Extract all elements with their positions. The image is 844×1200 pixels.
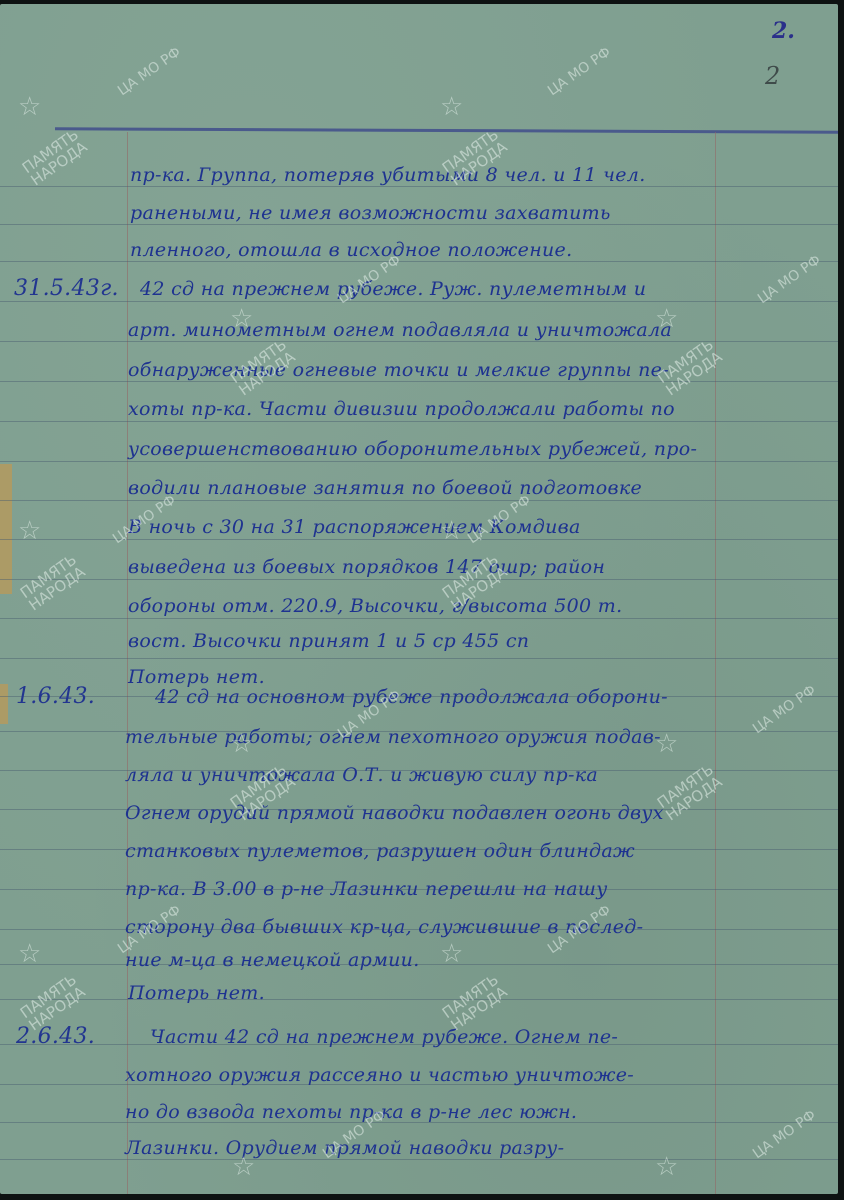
star-icon: ☆ bbox=[18, 516, 41, 546]
text-line: пр-ка. Группа, потеряв убитыми 8 чел. и … bbox=[130, 164, 646, 186]
ruled-line bbox=[0, 186, 838, 187]
ruled-line bbox=[0, 1159, 838, 1160]
star-icon: ☆ bbox=[440, 92, 463, 122]
archive-watermark: ЦА МО РФ bbox=[545, 44, 614, 99]
text-line: В ночь с 30 на 31 распоряжением Комдива bbox=[128, 516, 581, 538]
text-line: Лазинки. Орудием прямой наводки разру- bbox=[125, 1137, 564, 1159]
ruled-line bbox=[0, 579, 838, 580]
text-line: ранеными, не имея возможности захватить bbox=[130, 202, 611, 224]
text-line: 42 сд на прежнем рубеже. Руж. пулеметным… bbox=[140, 278, 646, 300]
header-rule bbox=[55, 127, 838, 133]
ruled-line bbox=[0, 618, 838, 619]
text-line: пленного, отошла в исходное положение. bbox=[130, 239, 572, 261]
memory-watermark: ПАМЯТЬНАРОДА bbox=[440, 972, 510, 1033]
left-margin-line bbox=[127, 132, 128, 1194]
text-line: ние м-ца в немецкой армии. bbox=[125, 949, 420, 971]
text-line: Части 42 сд на прежнем рубеже. Огнем пе- bbox=[150, 1026, 618, 1048]
text-line: но до взвода пехоты пр-ка в р-не лес южн… bbox=[125, 1101, 577, 1123]
archive-watermark: ЦА МО РФ bbox=[115, 44, 184, 99]
right-margin-line bbox=[715, 132, 716, 1194]
ruled-line bbox=[0, 421, 838, 422]
text-line: Потерь нет. bbox=[128, 666, 265, 688]
text-line: пр-ка. В 3.00 в р-не Лазинки перешли на … bbox=[125, 878, 608, 900]
ruled-line bbox=[0, 224, 838, 225]
ruled-line bbox=[0, 301, 838, 302]
star-icon: ☆ bbox=[18, 92, 41, 122]
ruled-line bbox=[0, 539, 838, 540]
star-icon: ☆ bbox=[655, 1152, 678, 1182]
text-line: обороны отм. 220.9, Высочки, г/высота 50… bbox=[128, 595, 622, 617]
entry-date: 2.6.43. bbox=[16, 1024, 95, 1049]
text-line: сторону два бывших кр-ца, служившие в по… bbox=[125, 916, 643, 938]
page-number-ink: 2. bbox=[772, 18, 795, 44]
text-line: Потерь нет. bbox=[128, 982, 265, 1004]
text-line: станковых пулеметов, разрушен один блинд… bbox=[125, 840, 635, 862]
text-line: усовершенствованию оборонительных рубеже… bbox=[128, 438, 697, 460]
text-line: арт. минометным огнем подавляла и уничто… bbox=[128, 319, 672, 341]
ruled-line bbox=[0, 461, 838, 462]
ruled-line bbox=[0, 261, 838, 262]
archive-watermark: ЦА МО РФ bbox=[750, 1107, 819, 1162]
text-line: хоты пр-ка. Части дивизии продолжали раб… bbox=[128, 398, 675, 420]
entry-date: 31.5.43г. bbox=[14, 276, 119, 301]
text-line: выведена из боевых порядков 147 ошр; рай… bbox=[128, 556, 605, 578]
document-page: 2. 2 пр-ка. Группа, потеряв убитыми 8 че… bbox=[0, 4, 838, 1194]
text-line: водили плановые занятия по боевой подгот… bbox=[128, 477, 642, 499]
text-line: 42 сд на основном рубеже продолжала обор… bbox=[155, 686, 668, 708]
text-line: обнаруженные огневые точки и мелкие груп… bbox=[128, 359, 669, 381]
page-number-pencil: 2 bbox=[765, 62, 780, 90]
entry-date: 1.6.43. bbox=[16, 684, 95, 709]
ruled-line bbox=[0, 999, 838, 1000]
text-line: вост. Высочки принят 1 и 5 ср 455 сп bbox=[128, 630, 529, 652]
archive-watermark: ЦА МО РФ bbox=[750, 682, 819, 737]
ruled-line bbox=[0, 381, 838, 382]
text-line: тельные работы; огнем пехотного оружия п… bbox=[125, 726, 661, 748]
ruled-line bbox=[0, 500, 838, 501]
text-line: хотного оружия рассеяно и частью уничтож… bbox=[125, 1064, 634, 1086]
memory-watermark: ПАМЯТЬНАРОДА bbox=[20, 127, 90, 188]
ruled-line bbox=[0, 658, 838, 659]
edge-stain bbox=[0, 464, 12, 594]
memory-watermark: ПАМЯТЬНАРОДА bbox=[18, 552, 88, 613]
ruled-line bbox=[0, 341, 838, 342]
edge-stain bbox=[0, 684, 8, 724]
text-line: ляла и уничтожала О.Т. и живую силу пр-к… bbox=[125, 764, 598, 786]
text-line: Огнем орудий прямой наводки подавлен ого… bbox=[125, 802, 664, 824]
